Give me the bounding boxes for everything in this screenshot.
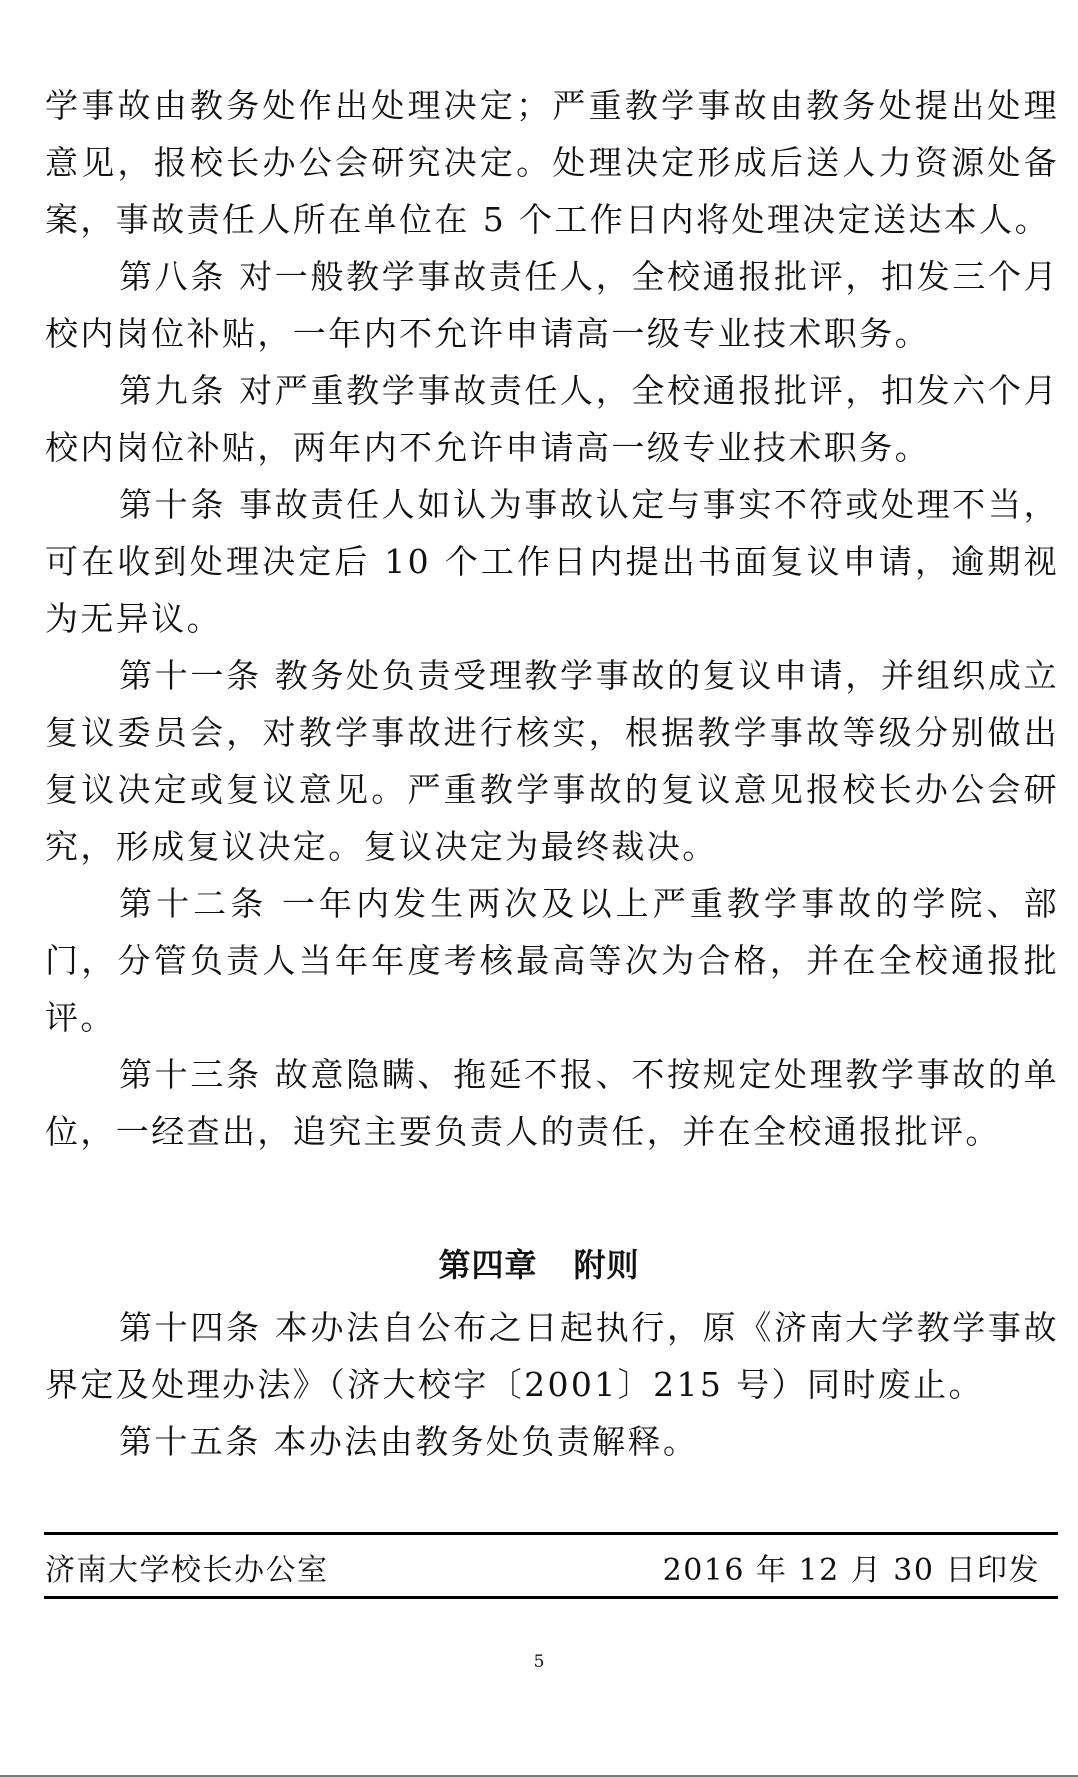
issue-date: 2016 年 12 月 30 日印发: [663, 1551, 1040, 1591]
document-page: 学事故由教务处作出处理决定；严重教学事故由教务处提出处理意见，报校长办公会研究决…: [0, 0, 1078, 1777]
chapter-title: 附则: [574, 1246, 640, 1284]
article-label: 第十一条: [119, 656, 262, 695]
article-13: 第十三条 故意隐瞒、拖延不报、不按规定处理教学事故的单位，一经查出，追究主要负责…: [45, 1046, 1059, 1160]
paragraph-continuation: 学事故由教务处作出处理决定；严重教学事故由教务处提出处理意见，报校长办公会研究决…: [45, 77, 1059, 248]
article-text: 本办法由教务处负责解释。: [261, 1422, 699, 1461]
article-text-bottom: 第十四条 本办法自公布之日起执行，原《济南大学教学事故界定及处理办法》（济大校字…: [45, 1299, 1059, 1470]
paragraph-text: 学事故由教务处作出处理决定；严重教学事故由教务处提出处理意见，报校长办公会研究决…: [45, 86, 1059, 239]
article-12: 第十二条 一年内发生两次及以上严重教学事故的学院、部门，分管负责人当年年度考核最…: [45, 875, 1059, 1046]
footer-issuance-row: 济南大学校长办公室 2016 年 12 月 30 日印发: [45, 1551, 1040, 1591]
issuer-name: 济南大学校长办公室: [45, 1551, 329, 1591]
article-label: 第十二条: [119, 884, 267, 923]
article-15: 第十五条 本办法由教务处负责解释。: [45, 1413, 1059, 1470]
article-label: 第十五条: [119, 1422, 261, 1461]
article-11: 第十一条 教务处负责受理教学事故的复议申请，并组织成立复议委员会，对教学事故进行…: [45, 647, 1059, 875]
footer-top-rule: [44, 1532, 1058, 1535]
article-8: 第八条 对一般教学事故责任人，全校通报批评，扣发三个月校内岗位补贴，一年内不允许…: [45, 248, 1059, 362]
article-label: 第八条: [119, 257, 226, 296]
article-label: 第十三条: [119, 1055, 262, 1094]
page-number: 5: [0, 1652, 1078, 1672]
footer-bottom-rule: [44, 1596, 1058, 1599]
chapter-heading: 第四章附则: [0, 1240, 1078, 1290]
article-label: 第十四条: [119, 1308, 262, 1347]
chapter-number: 第四章: [438, 1246, 537, 1284]
article-14: 第十四条 本办法自公布之日起执行，原《济南大学教学事故界定及处理办法》（济大校字…: [45, 1299, 1059, 1413]
article-text-top: 学事故由教务处作出处理决定；严重教学事故由教务处提出处理意见，报校长办公会研究决…: [45, 77, 1059, 1160]
article-9: 第九条 对严重教学事故责任人，全校通报批评，扣发六个月校内岗位补贴，两年内不允许…: [45, 362, 1059, 476]
article-label: 第十条: [119, 485, 226, 524]
article-10: 第十条 事故责任人如认为事故认定与事实不符或处理不当，可在收到处理决定后 10 …: [45, 476, 1059, 647]
article-label: 第九条: [119, 371, 226, 410]
